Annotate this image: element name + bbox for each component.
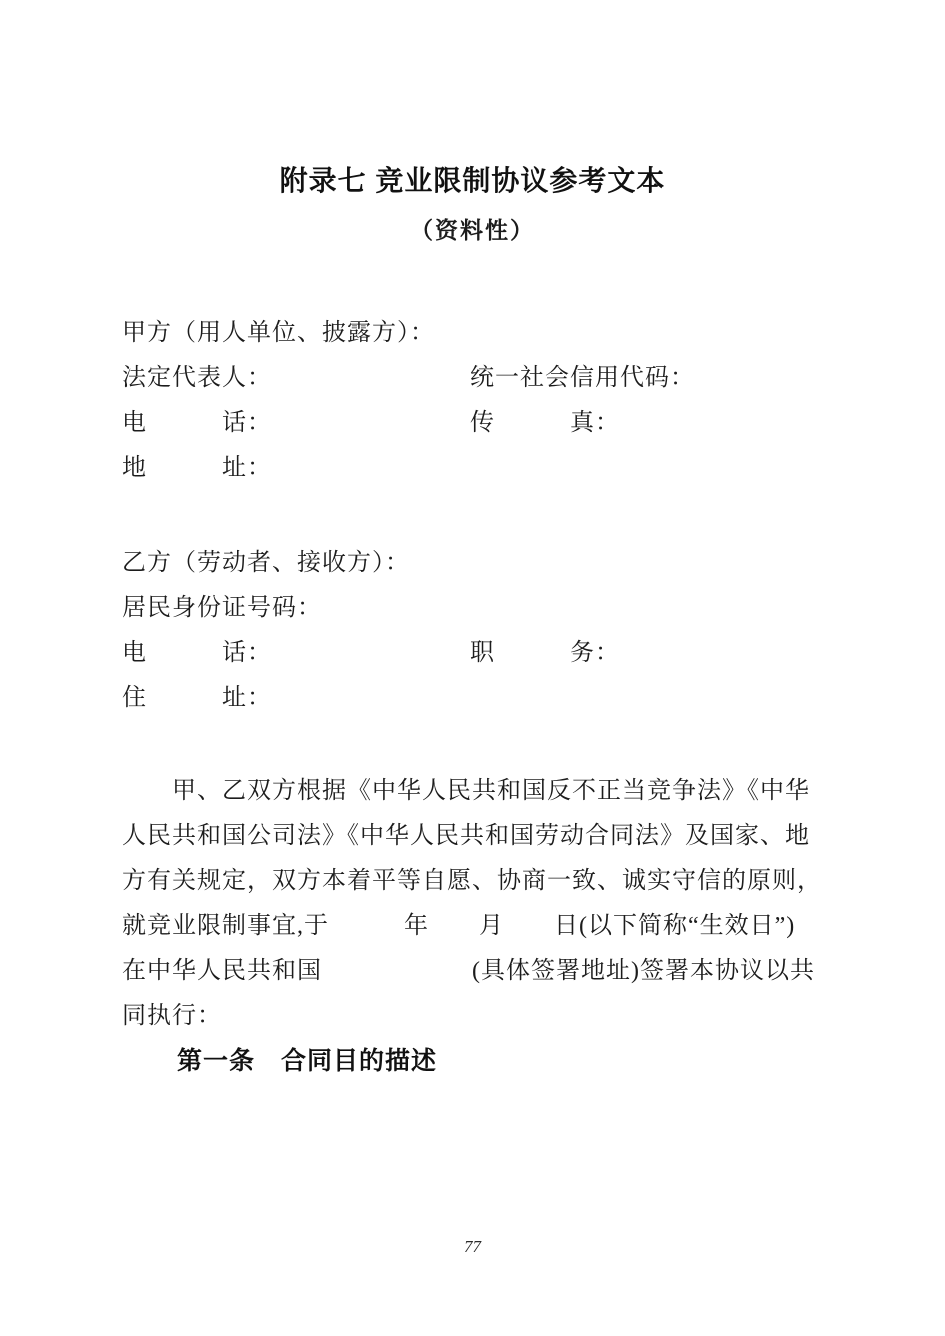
legal-representative-label: 法定代表人： bbox=[122, 356, 470, 401]
position-label: 职 务： bbox=[470, 631, 835, 676]
page-number: 77 bbox=[0, 1237, 945, 1257]
preamble-line: 同执行： bbox=[122, 994, 845, 1039]
preamble-line: 在中华人民共和国 (具体签署地址)签署本协议以共 bbox=[122, 949, 845, 994]
form-row: 住 址： bbox=[122, 676, 835, 721]
preamble-line: 人民共和国公司法》《中华人民共和国劳动合同法》及国家、地 bbox=[122, 814, 845, 859]
form-row: 甲方（用人单位、披露方）： bbox=[122, 311, 835, 356]
residence-label: 住 址： bbox=[122, 676, 470, 721]
party-a-section: 甲方（用人单位、披露方）： 法定代表人： 统一社会信用代码： 电 话： 传 真：… bbox=[122, 311, 835, 491]
preamble-line: 就竞业限制事宜,于 年 月 日(以下简称“生效日”) bbox=[122, 904, 845, 949]
fax-label: 传 真： bbox=[470, 401, 835, 446]
subtitle-informative: （资料性） bbox=[0, 217, 945, 245]
phone-label: 电 话： bbox=[122, 401, 470, 446]
party-a-heading: 甲方（用人单位、披露方）： bbox=[122, 311, 470, 356]
credit-code-label: 统一社会信用代码： bbox=[470, 356, 835, 401]
form-row: 乙方（劳动者、接收方）： bbox=[122, 541, 835, 586]
blank-fill-area bbox=[470, 586, 835, 631]
phone-label: 电 话： bbox=[122, 631, 470, 676]
preamble-line: 方有关规定，双方本着平等自愿、协商一致、诚实守信的原则， bbox=[122, 859, 845, 904]
party-b-section: 乙方（劳动者、接收方）： 居民身份证号码： 电 话： 职 务： 住 址： bbox=[122, 541, 835, 721]
form-row: 居民身份证号码： bbox=[122, 586, 835, 631]
preamble-paragraph: 甲、乙双方根据《中华人民共和国反不正当竞争法》《中华 人民共和国公司法》《中华人… bbox=[122, 769, 845, 1039]
blank-fill-area bbox=[470, 446, 835, 491]
party-b-heading: 乙方（劳动者、接收方）： bbox=[122, 541, 470, 586]
form-row: 地 址： bbox=[122, 446, 835, 491]
form-row: 电 话： 职 务： bbox=[122, 631, 835, 676]
id-number-label: 居民身份证号码： bbox=[122, 586, 470, 631]
preamble-line: 甲、乙双方根据《中华人民共和国反不正当竞争法》《中华 bbox=[122, 769, 845, 814]
address-label: 地 址： bbox=[122, 446, 470, 491]
article-1-heading: 第一条 合同目的描述 bbox=[122, 1039, 835, 1084]
document-page: 附录七 竞业限制协议参考文本 （资料性） 甲方（用人单位、披露方）： 法定代表人… bbox=[0, 0, 945, 1336]
appendix-title: 附录七 竞业限制协议参考文本 bbox=[0, 0, 945, 196]
form-row: 电 话： 传 真： bbox=[122, 401, 835, 446]
form-row: 法定代表人： 统一社会信用代码： bbox=[122, 356, 835, 401]
blank-fill-area bbox=[470, 676, 835, 721]
